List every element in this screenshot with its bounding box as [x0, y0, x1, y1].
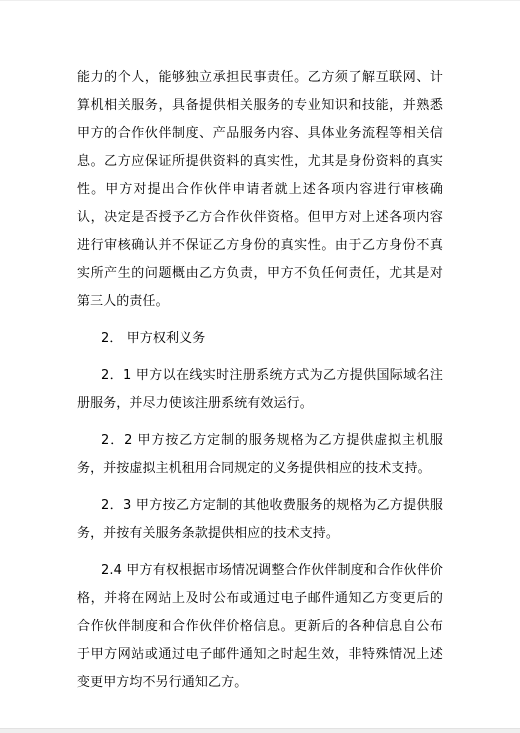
clause-2-4: 2.4 甲方有权根据市场情况调整合作伙伴制度和合作伙伴价格，并将在网站上及时公布…	[77, 557, 443, 697]
clause-2-2: 2．2 甲方按乙方定制的服务规格为乙方提供虚拟主机服务，并按虚拟主机租用合同规定…	[77, 427, 443, 483]
page-bottom-edge	[0, 728, 520, 733]
page-top-edge	[0, 0, 520, 1]
section-heading-party-a-rights: 2． 甲方权利义务	[77, 325, 443, 353]
clause-2-3: 2．3 甲方按乙方定制的其他收费服务的规格为乙方提供服务，并按有关服务条款提供相…	[77, 492, 443, 548]
paragraph-intro-continuation: 能力的个人，能够独立承担民事责任。乙方须了解互联网、计算机相关服务，具备提供相关…	[77, 64, 443, 316]
document-page: 能力的个人，能够独立承担民事责任。乙方须了解互联网、计算机相关服务，具备提供相关…	[77, 64, 443, 697]
clause-2-1: 2．1 甲方以在线实时注册系统方式为乙方提供国际域名注册服务，并尽力使该注册系统…	[77, 362, 443, 418]
